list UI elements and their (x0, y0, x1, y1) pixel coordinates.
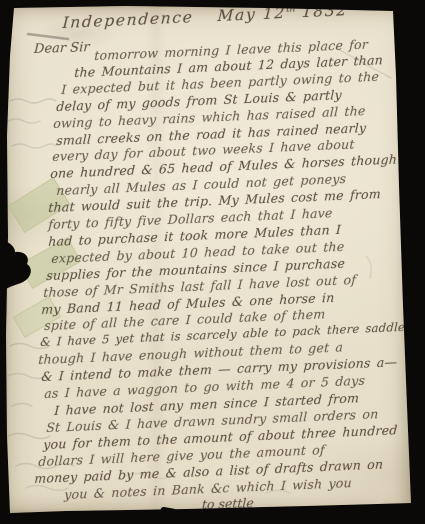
heading-place: Independence (62, 8, 194, 32)
salutation: Dear Sir (34, 40, 90, 57)
mount-mark (235, 511, 249, 522)
letter-heading: Independence May 12th 1832 (62, 1, 348, 32)
mount-mark (159, 507, 179, 522)
letter-photograph: Independence May 12th 1832 Dear Sir tomo… (0, 0, 425, 524)
letter-paper: Independence May 12th 1832 Dear Sir tomo… (6, 6, 412, 513)
closing-line: to settle (202, 495, 255, 512)
heading-date: May 12th 1832 (217, 1, 348, 25)
torn-edge-hole (0, 238, 40, 298)
